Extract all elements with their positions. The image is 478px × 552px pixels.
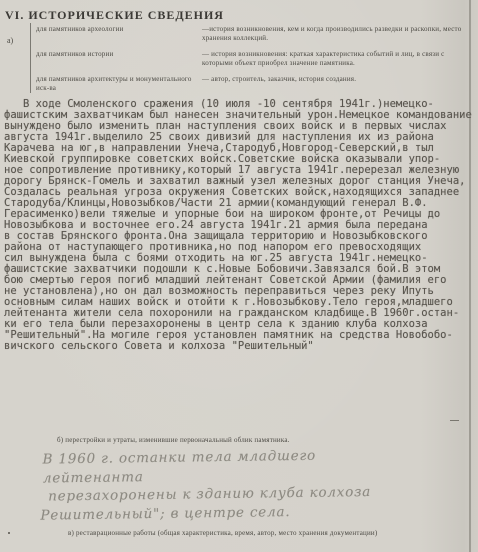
guide-row-label: для памятников археологии [36,25,194,43]
guide-row-architecture: для памятников архитектуры и монументаль… [36,75,468,93]
guide-row-description: —история возникновения, кем и когда прои… [202,25,468,43]
guide-section: для памятников археологии —история возни… [36,25,468,100]
alterations-section-label: б) перестройки и утраты, изменившие перв… [57,436,290,444]
page-edge-line [469,0,471,552]
scanned-document-page: VI. ИСТОРИЧЕСКИЕ СВЕДЕНИЯ а) для памятни… [0,0,478,552]
guide-row-label: для памятников истории [36,50,194,68]
guide-row-description: — история возникновения: краткая характе… [202,50,468,68]
scan-speck-dot [8,532,10,534]
handwritten-note: В 1960 г. останки тела младшего лейтенан… [40,445,411,524]
section-title: VI. ИСТОРИЧЕСКИЕ СВЕДЕНИЯ [5,8,224,23]
guide-row-label: для памятников архитектуры и монументаль… [36,75,194,93]
guide-bracket-line [30,23,31,93]
restoration-section-label: в) реставрационные работы (общая характе… [68,529,377,537]
typed-historical-text: В ходе Смоленского сражения (10 июля -10… [4,99,476,352]
text-line: вичского сельского Совета и колхоза "Реш… [4,341,476,352]
guide-row-description: — автор, строитель, заказчик, история со… [202,75,468,93]
guide-row-history: для памятников истории — история возникн… [36,50,468,68]
guide-row-archaeology: для памятников археологии —история возни… [36,25,468,43]
scan-speck-dash [450,420,459,421]
text-line: В 1960 г. останки тела младшего лейтенан… [43,445,410,487]
guide-item-marker: а) [7,36,13,45]
